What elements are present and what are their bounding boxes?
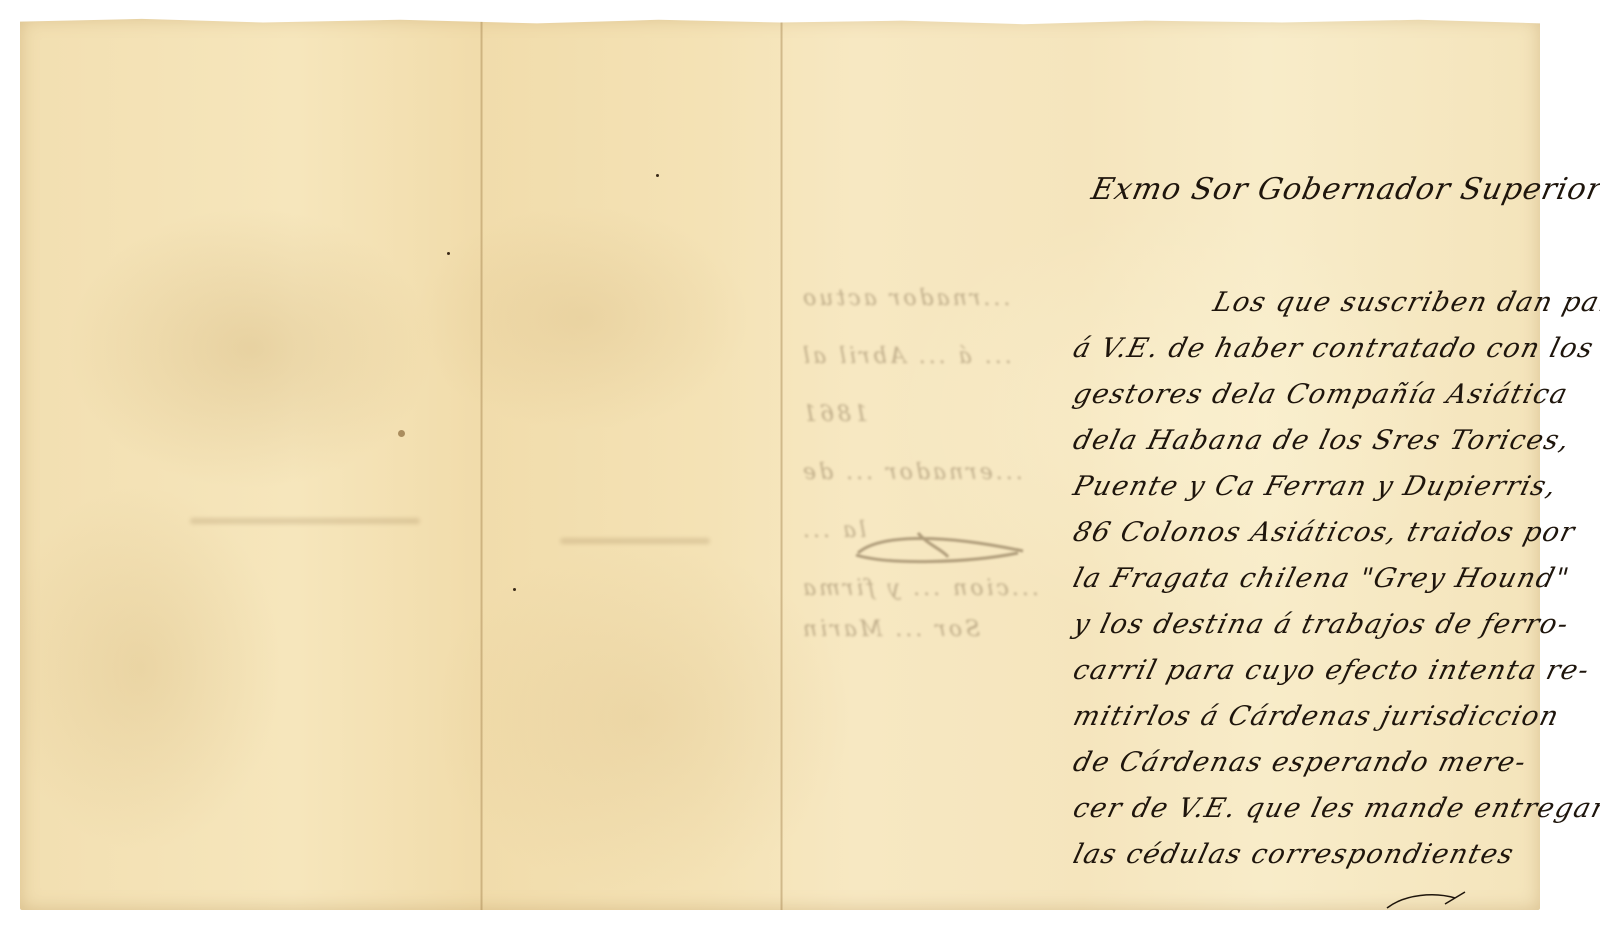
bleed-through-mark [560, 538, 710, 544]
signature-flourish-icon [1385, 890, 1475, 910]
bleed-through-text: ...rnador actuo ... á ... Abril al 1861 … [800, 270, 1040, 642]
letter-line: las cédulas correspondientes [1068, 832, 1549, 878]
salutation: Exmo Sor Gobernador Superior Civil. [1088, 172, 1600, 207]
stain-spot [398, 430, 405, 437]
bleed-line: ...rnador actuo [800, 270, 1040, 328]
letter-line: cer de V.E. que les mande entregar [1068, 786, 1549, 832]
letter-line: la Fragata chilena "Grey Hound" [1068, 556, 1549, 602]
ink-spot [447, 252, 450, 255]
ink-spot [513, 588, 516, 591]
bleed-line: Sor ... Marin [800, 618, 1040, 642]
letter-line: gestores dela Compañía Asiática [1068, 372, 1549, 418]
bleed-through-signature-icon [848, 525, 1028, 565]
document-scan: ...rnador actuo ... á ... Abril al 1861 … [0, 0, 1600, 949]
letter-line: 86 Colonos Asiáticos, traidos por [1068, 510, 1549, 556]
ink-spot [656, 174, 659, 177]
letter-line: de Cárdenas esperando mere- [1068, 740, 1549, 786]
letter-line: á V.E. de haber contratado con los [1068, 326, 1549, 372]
letter-line: Los que suscriben dan parte [1068, 280, 1549, 326]
letter-line: mitirlos á Cárdenas jurisdiccion [1068, 694, 1549, 740]
letter-line: y los destina á trabajos de ferro- [1068, 602, 1549, 648]
letter-line: carril para cuyo efecto intenta re- [1068, 648, 1549, 694]
fold-line-right [780, 18, 783, 910]
bleed-line: ... á ... Abril al 1861 [800, 328, 1040, 444]
letter-line: Puente y Ca Ferran y Dupierris, [1068, 464, 1549, 510]
fold-line-left [480, 18, 483, 910]
bleed-through-mark [190, 518, 420, 524]
bleed-line: ...cion ... y firma [800, 560, 1040, 618]
letter-line: dela Habana de los Sres Torices, [1068, 418, 1549, 464]
letter-body: Los que suscriben dan parte á V.E. de ha… [1068, 280, 1538, 878]
